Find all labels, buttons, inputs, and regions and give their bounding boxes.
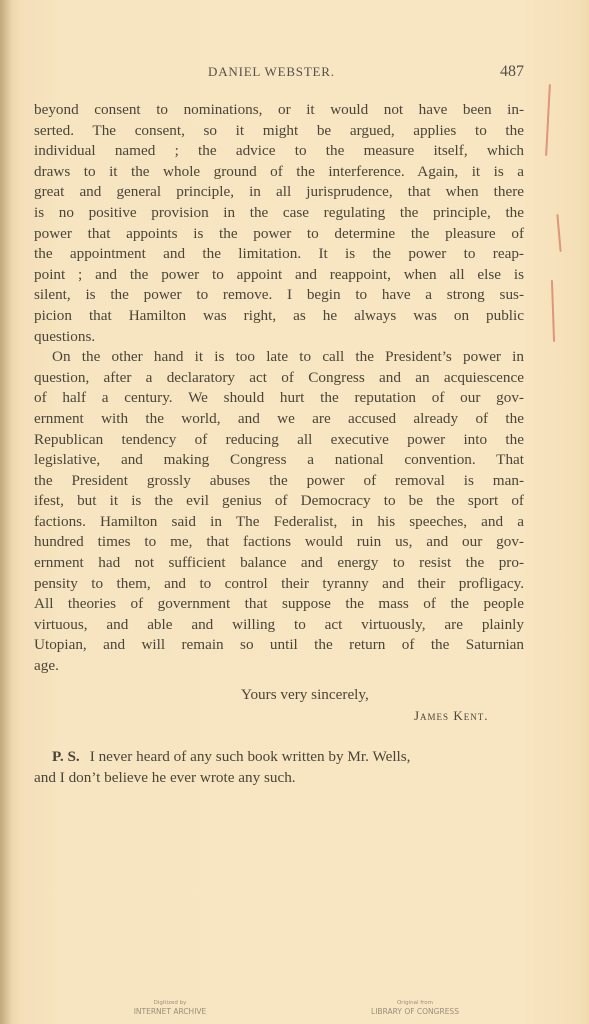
text-line: beyond consent to nominations, or it wou… [34, 100, 524, 121]
footer-internet-archive: INTERNET ARCHIVE [120, 1007, 220, 1016]
text-line: ernment had not sufficient balance and e… [34, 553, 524, 574]
footer-original-label: Original from [355, 1000, 475, 1007]
text-line: hundred times to me, that factions would… [34, 532, 524, 553]
margin-pencil-mark [545, 84, 551, 156]
text-line: individual named ; the advice to the mea… [34, 141, 524, 162]
body-text: beyond consent to nominations, or it wou… [34, 100, 524, 677]
text-line: legislative, and making Congress a natio… [34, 450, 524, 471]
postscript: P. S.I never heard of any such book writ… [34, 746, 524, 788]
text-line: point ; and the power to appoint and rea… [34, 265, 524, 286]
text-line: serted. The consent, so it might be argu… [34, 121, 524, 142]
text-line: pensity to them, and to control their ty… [34, 574, 524, 595]
text-line: virtuous, and able and willing to act vi… [34, 615, 524, 636]
text-line: Utopian, and will remain so until the re… [34, 635, 524, 656]
text-line: questions. [34, 327, 524, 348]
footer-library-of-congress: LIBRARY OF CONGRESS [355, 1007, 475, 1016]
letter-valediction: Yours very sincerely, [241, 686, 369, 704]
text-line: the appointment and the limitation. It i… [34, 244, 524, 265]
text-line: All theories of government that suppose … [34, 594, 524, 615]
text-line: draws to it the whole ground of the inte… [34, 162, 524, 183]
text-line: is no positive provision in the case reg… [34, 203, 524, 224]
text-line: Republican tendency of reducing all exec… [34, 430, 524, 451]
text-line: picion that Hamilton was right, as he al… [34, 306, 524, 327]
footer-digitized-label: Digitized by [120, 1000, 220, 1007]
text-line: ifest, but it is the evil genius of Demo… [34, 491, 524, 512]
text-line: factions. Hamilton said in The Federalis… [34, 512, 524, 533]
footer-digitized-by: Digitized by INTERNET ARCHIVE [120, 1000, 220, 1016]
margin-pencil-mark [556, 214, 561, 252]
text-line: question, after a declaratory act of Con… [34, 368, 524, 389]
text-line: power that appoints is the power to dete… [34, 224, 524, 245]
postscript-label: P. S. [52, 748, 80, 765]
page-spine-shadow [0, 0, 12, 1024]
letter-signature: James Kent. [414, 708, 488, 724]
text-line: the President grossly abuses the power o… [34, 471, 524, 492]
text-line: silent, is the power to remove. I begin … [34, 285, 524, 306]
text-line: great and general principle, in all juri… [34, 182, 524, 203]
postscript-line-2: and I don’t believe he ever wrote any su… [34, 767, 524, 788]
running-title: DANIEL WEBSTER. [208, 64, 335, 80]
postscript-text-1: I never heard of any such book written b… [90, 748, 411, 765]
running-head: DANIEL WEBSTER. 487 [34, 64, 524, 86]
footer-original-from: Original from LIBRARY OF CONGRESS [355, 1000, 475, 1016]
text-line: age. [34, 656, 524, 677]
text-line: ernment with the world, and we are accus… [34, 409, 524, 430]
paragraph-start-line: On the other hand it is too late to call… [34, 347, 524, 368]
text-line: of half a century. We should hurt the re… [34, 388, 524, 409]
page-number: 487 [500, 63, 524, 81]
postscript-line-1: P. S.I never heard of any such book writ… [34, 746, 524, 767]
margin-pencil-mark [551, 280, 555, 342]
